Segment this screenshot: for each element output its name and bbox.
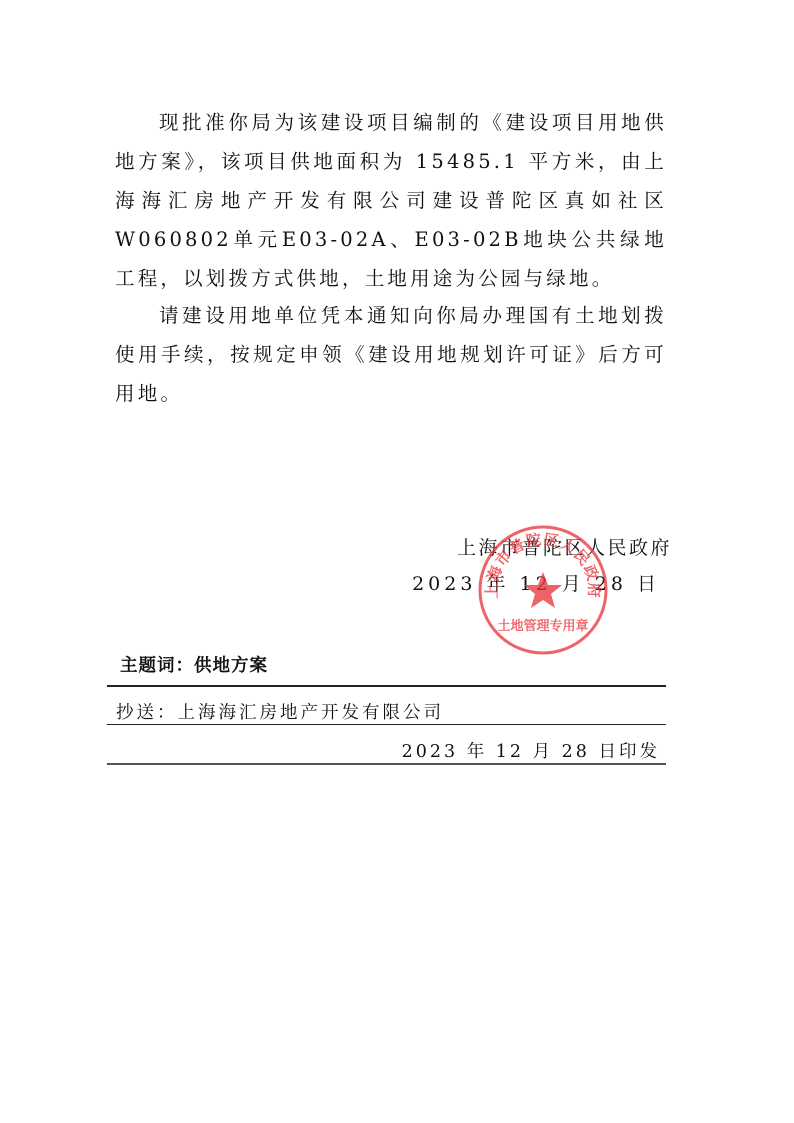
divider-line [107, 724, 666, 725]
divider-line [107, 763, 666, 765]
issue-date: 2023 年 12 月 28 日印发 [402, 738, 660, 763]
divider-line [107, 685, 666, 687]
body-paragraph-approval: 现批准你局为该建设项目编制的《建设项目用地供地方案》，该项目供地面积为 1548… [115, 103, 667, 298]
subject-keywords: 主题词：供地方案 [120, 652, 268, 677]
star-icon [524, 572, 562, 608]
seal-bottom-text: 土地管理专用章 [497, 618, 588, 634]
official-seal: 上海市普陀区人民政府 土地管理专用章 [477, 524, 609, 656]
carbon-copy-recipients: 抄送：上海海汇房地产开发有限公司 [116, 699, 444, 724]
body-paragraph-instructions: 请建设用地单位凭本通知向你局办理国有土地划拨使用手续，按规定申领《建设用地规划许… [115, 296, 667, 413]
